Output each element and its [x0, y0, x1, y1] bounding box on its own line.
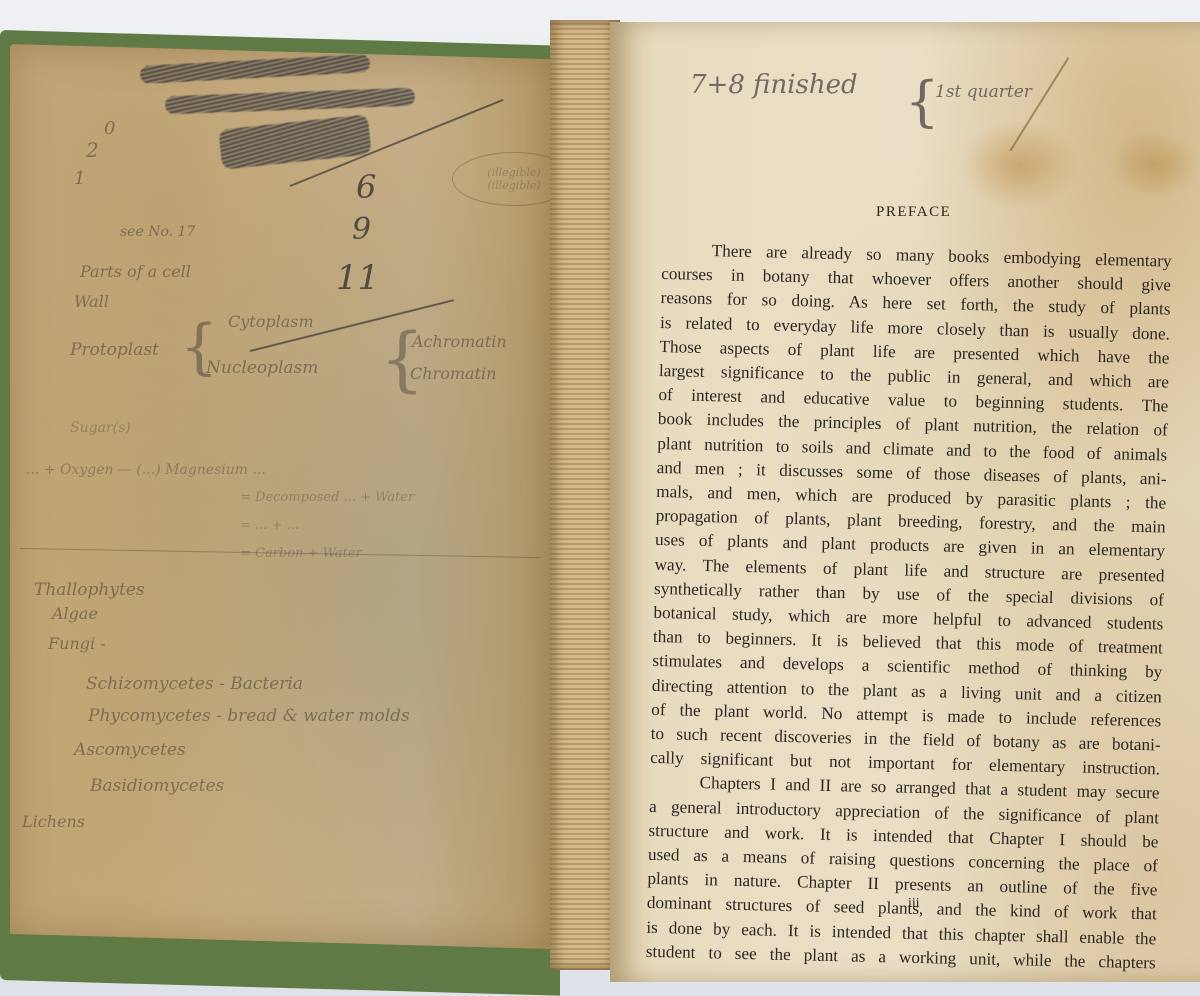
note-thallophytes: Thallophytes: [34, 580, 145, 600]
note-wall: Wall: [74, 292, 109, 311]
note-reference: see No. 17: [120, 224, 195, 240]
page-title: PREFACE: [876, 204, 951, 221]
note-heading: Parts of a cell: [80, 262, 191, 281]
note-algae: Algae: [52, 604, 98, 623]
note-sugar: Sugar(s): [70, 420, 131, 436]
column-number-6: 6: [356, 168, 376, 206]
note-nucleoplasm: Nucleoplasm: [206, 358, 318, 378]
note-ascomycetes: Ascomycetes: [74, 740, 186, 760]
preface-body: There are already so many books embodyin…: [646, 238, 1172, 975]
handwritten-note: 7+8 finished: [690, 70, 858, 100]
handwritten-note-aside: 1st quarter: [935, 82, 1032, 102]
note-lichens: Lichens: [22, 812, 85, 831]
note-schizomycetes: Schizomycetes - Bacteria: [86, 674, 303, 694]
column-number-11: 11: [336, 258, 379, 298]
note-eq-line-1: ... + Oxygen — (...) Magnesium ...: [26, 462, 266, 478]
stamp-line-1: (illegible): [487, 166, 540, 179]
page-number: iii: [908, 896, 920, 912]
brace-nucleoplasm: {: [380, 318, 425, 400]
note-cytoplasm: Cytoplasm: [228, 312, 314, 331]
column-number-9: 9: [352, 212, 371, 247]
margin-number-2: 2: [86, 138, 99, 162]
note-phycomycetes: Phycomycetes - bread & water molds: [88, 706, 410, 726]
note-protoplast: Protoplast: [70, 340, 159, 360]
water-stain: [1110, 130, 1200, 200]
stamp-line-2: (illegible): [487, 179, 540, 192]
note-eq-line-2: = Decomposed ... + Water: [240, 490, 414, 505]
note-achromatin: Achromatin: [412, 332, 507, 351]
note-fungi: Fungi -: [48, 634, 106, 653]
note-eq-line-3: = ... + ...: [240, 518, 299, 533]
margin-number-1: 1: [74, 168, 85, 189]
margin-number-3: 0: [104, 118, 115, 139]
note-basidiomycetes: Basidiomycetes: [90, 776, 224, 796]
note-chromatin: Chromatin: [410, 364, 496, 383]
